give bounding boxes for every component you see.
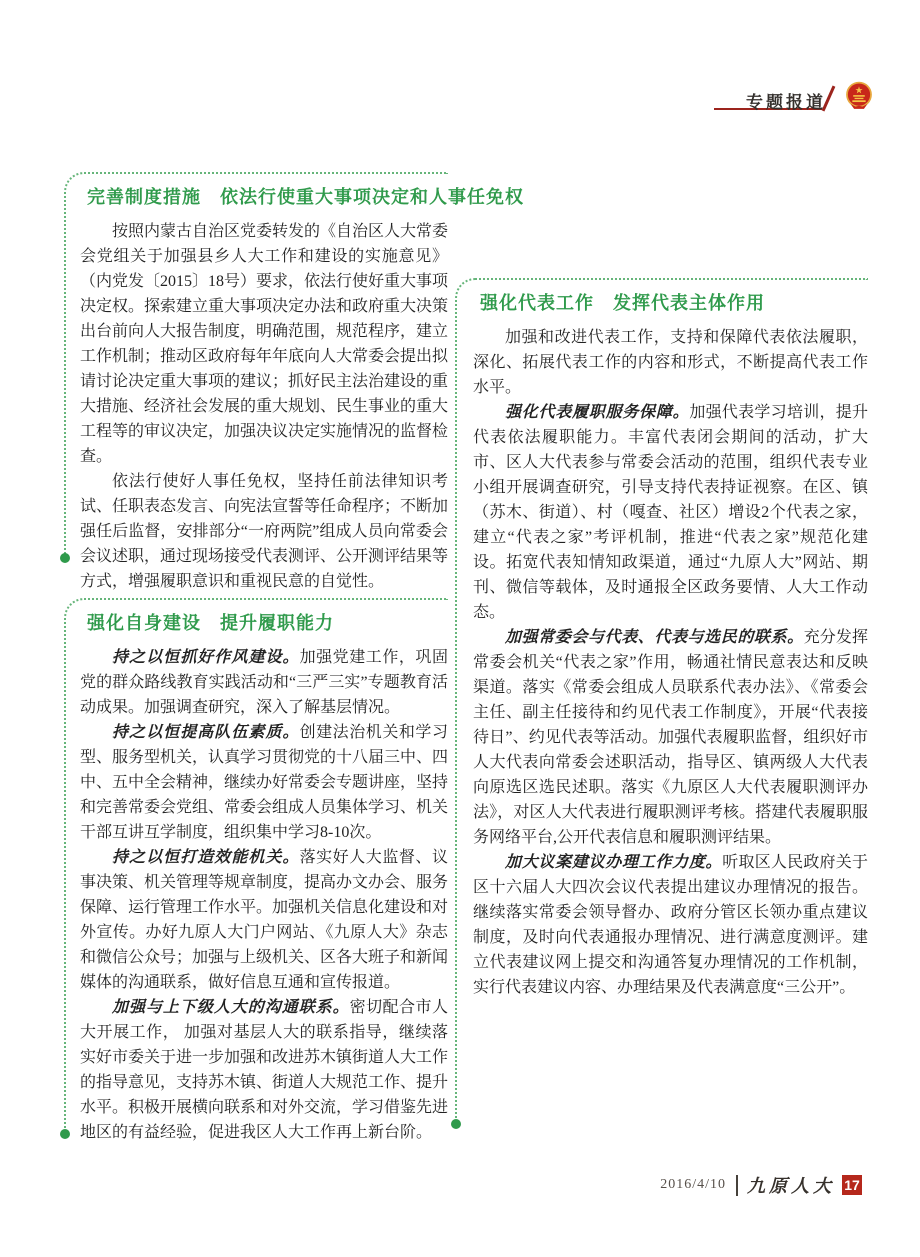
- paragraph-lead: 持之以恒打造效能机关。: [112, 849, 300, 866]
- paragraph: 加强与上下级人大的沟通联系。密切配合市人大开展工作， 加强对基层人大的联系指导，…: [80, 995, 448, 1145]
- paragraph: 加强和改进代表工作，支持和保障代表依法履职，深化、拓展代表工作的内容和形式，不断…: [473, 325, 868, 400]
- paragraph-lead: 持之以恒提高队伍素质。: [112, 724, 300, 741]
- paragraph: 持之以恒提高队伍素质。创建法治机关和学习型、服务型机关，认真学习贯彻党的十八届三…: [80, 720, 448, 845]
- paragraph-text: 加强代表学习培训，提升代表依法履职能力。丰富代表闭会期间的活动，扩大市、区人大代…: [473, 404, 868, 621]
- paragraph-text: 落实好人大监督、议事决策、机关管理等规章制度，提高办文办会、服务保障、运行管理工…: [80, 849, 448, 991]
- section-body: 加强和改进代表工作，支持和保障代表依法履职，深化、拓展代表工作的内容和形式，不断…: [473, 325, 868, 1000]
- paragraph: 持之以恒抓好作风建设。加强党建工作，巩固党的群众路线教育实践活动和“三严三实”专…: [80, 645, 448, 720]
- paragraph-lead: 强化代表履职服务保障。: [505, 404, 689, 421]
- section-self-building: 强化自身建设 提升履职能力 持之以恒抓好作风建设。加强党建工作，巩固党的群众路线…: [64, 598, 448, 1134]
- magazine-name: 九原人大: [747, 1172, 835, 1198]
- paragraph-text: 加强和改进代表工作，支持和保障代表依法履职，深化、拓展代表工作的内容和形式，不断…: [473, 329, 868, 396]
- paragraph-text: 依法行使好人事任免权，坚持任前法律知识考试、任职表态发言、向宪法宣誓等任命程序；…: [80, 473, 448, 590]
- paragraph-lead: 加大议案建议办理工作力度。: [505, 854, 722, 871]
- section-body: 按照内蒙古自治区党委转发的《自治区人大常委会党组关于加强县乡人大工作和建设的实施…: [80, 219, 448, 594]
- section-body: 持之以恒抓好作风建设。加强党建工作，巩固党的群众路线教育实践活动和“三严三实”专…: [80, 645, 448, 1145]
- paragraph-lead: 持之以恒抓好作风建设。: [112, 649, 300, 666]
- national-emblem-icon: [843, 80, 875, 112]
- footer-date: 2016/4/10: [660, 1177, 726, 1193]
- paragraph-text: 充分发挥常委会机关“代表之家”作用，畅通社情民意表达和反映渠道。落实《常委会组成…: [473, 629, 868, 846]
- page-footer: 2016/4/10 九原人大 17: [660, 1172, 862, 1198]
- header-section-label: 专题报道: [746, 88, 826, 113]
- paragraph-lead: 加强与上下级人大的沟通联系。: [112, 999, 350, 1016]
- section-deputy-work: 强化代表工作 发挥代表主体作用 加强和改进代表工作，支持和保障代表依法履职，深化…: [455, 278, 868, 1124]
- paragraph-text: 按照内蒙古自治区党委转发的《自治区人大常委会党组关于加强县乡人大工作和建设的实施…: [80, 223, 448, 465]
- paragraph: 强化代表履职服务保障。加强代表学习培训，提升代表依法履职能力。丰富代表闭会期间的…: [473, 400, 868, 625]
- paragraph-text: 密切配合市人大开展工作， 加强对基层人大的联系指导，继续落实好市委关于进一步加强…: [80, 999, 448, 1141]
- section-title: 强化自身建设 提升履职能力: [87, 610, 448, 636]
- paragraph: 按照内蒙古自治区党委转发的《自治区人大常委会党组关于加强县乡人大工作和建设的实施…: [80, 219, 448, 469]
- paragraph: 持之以恒打造效能机关。落实好人大监督、议事决策、机关管理等规章制度，提高办文办会…: [80, 845, 448, 995]
- paragraph: 加大议案建议办理工作力度。听取区人民政府关于区十六届人大四次会议代表提出建议办理…: [473, 850, 868, 1000]
- paragraph-text: 听取区人民政府关于区十六届人大四次会议代表提出建议办理情况的报告。继续落实常委会…: [473, 854, 868, 996]
- footer-divider: [736, 1175, 738, 1196]
- paragraph-lead: 加强常委会与代表、代表与选民的联系。: [505, 629, 804, 646]
- section-title: 强化代表工作 发挥代表主体作用: [480, 290, 868, 316]
- paragraph-text: 创建法治机关和学习型、服务型机关，认真学习贯彻党的十八届三中、四中、五中全会精神…: [80, 724, 448, 841]
- magazine-page: 专题报道 完善制度措施 依法行使重大事项决定和人事任免权 按照内蒙古自治区党委转…: [0, 0, 920, 1257]
- page-number-badge: 17: [842, 1175, 862, 1195]
- paragraph: 依法行使好人事任免权，坚持任前法律知识考试、任职表态发言、向宪法宣誓等任命程序；…: [80, 469, 448, 594]
- paragraph: 加强常委会与代表、代表与选民的联系。充分发挥常委会机关“代表之家”作用，畅通社情…: [473, 625, 868, 850]
- section-major-decisions: 完善制度措施 依法行使重大事项决定和人事任免权 按照内蒙古自治区党委转发的《自治…: [64, 172, 448, 558]
- section-title: 完善制度措施 依法行使重大事项决定和人事任免权: [87, 184, 448, 210]
